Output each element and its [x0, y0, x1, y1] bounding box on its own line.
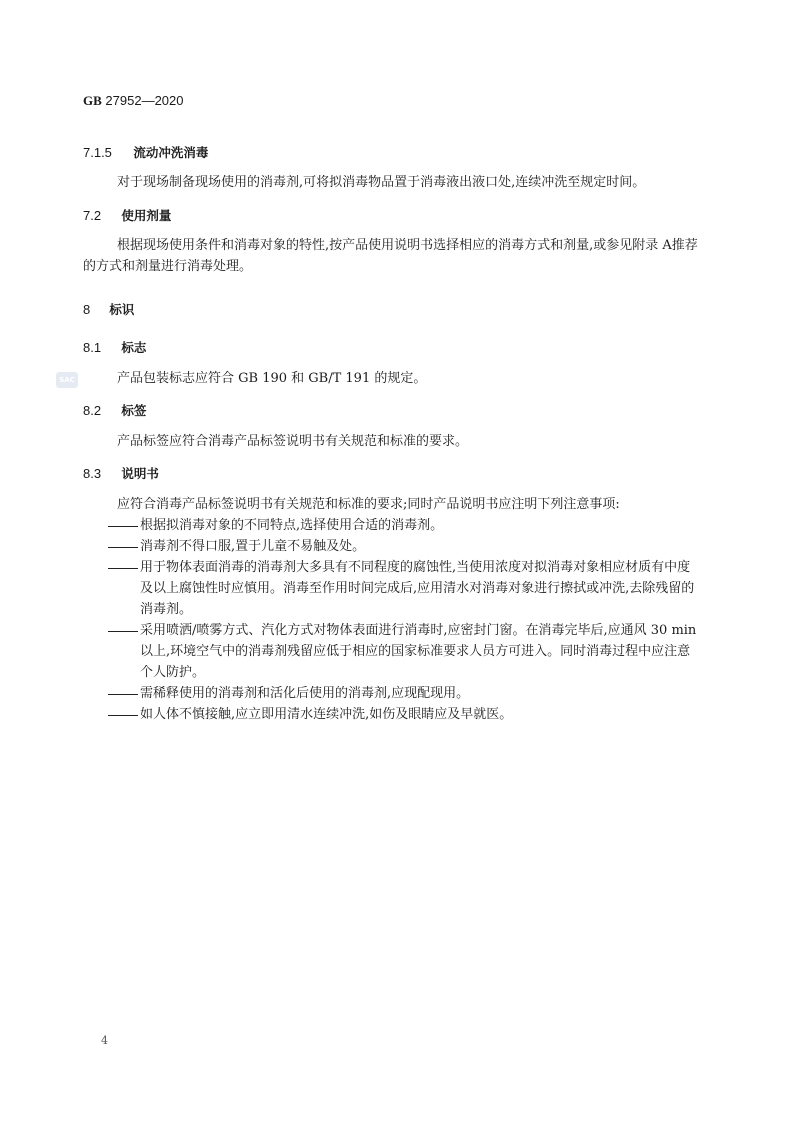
- paragraph-7-2: 根据现场使用条件和消毒对象的特性,按产品使用说明书选择相应的消毒方式和剂量,或参…: [83, 235, 703, 277]
- section-title: 标识: [109, 302, 134, 317]
- section-number: 7.2: [83, 208, 117, 223]
- standard-prefix: GB: [83, 93, 102, 108]
- section-title: 流动冲洗消毒: [133, 145, 208, 160]
- list-item: 采用喷洒/喷雾方式、汽化方式对物体表面进行消毒时,应密封门窗。在消毒完毕后,应通…: [106, 620, 700, 683]
- heading-7-2: 7.2 使用剂量: [83, 206, 171, 224]
- list-item: 需稀释使用的消毒剂和活化后使用的消毒剂,应现配现用。: [106, 683, 700, 704]
- section-title: 标签: [121, 403, 146, 418]
- paragraph-8-3-intro: 应符合消毒产品标签说明书有关规范和标准的要求;同时产品说明书应注明下列注意事项:: [83, 494, 703, 515]
- list-item: 如人体不慎接触,应立即用清水连续冲洗,如伤及眼睛应及早就医。: [106, 704, 700, 725]
- heading-8: 8 标识: [83, 300, 134, 318]
- page-number: 4: [101, 1034, 108, 1047]
- section-number: 8.3: [83, 466, 117, 481]
- sac-watermark-logo: SAC: [56, 372, 78, 388]
- list-item: 消毒剂不得口服,置于儿童不易触及处。: [106, 536, 700, 557]
- section-number: 7.1.5: [83, 145, 129, 160]
- section-number: 8: [83, 302, 105, 317]
- list-item: 根据拟消毒对象的不同特点,选择使用合适的消毒剂。: [106, 515, 700, 536]
- paragraph-7-1-5: 对于现场制备现场使用的消毒剂,可将拟消毒物品置于消毒液出液口处,连续冲洗至规定时…: [83, 172, 703, 193]
- heading-8-2: 8.2 标签: [83, 401, 146, 419]
- heading-7-1-5: 7.1.5 流动冲洗消毒: [83, 143, 208, 161]
- paragraph-8-2: 产品标签应符合消毒产品标签说明书有关规范和标准的要求。: [83, 431, 703, 452]
- section-number: 8.1: [83, 340, 117, 355]
- standard-number: 27952—2020: [105, 93, 183, 108]
- section-title: 标志: [121, 340, 146, 355]
- section-title: 使用剂量: [121, 208, 171, 223]
- list-item: 用于物体表面消毒的消毒剂大多具有不同程度的腐蚀性,当使用浓度对拟消毒对象相应材质…: [106, 557, 700, 620]
- section-number: 8.2: [83, 403, 117, 418]
- section-title: 说明书: [121, 466, 159, 481]
- heading-8-1: 8.1 标志: [83, 338, 146, 356]
- heading-8-3: 8.3 说明书: [83, 464, 159, 482]
- standard-header: GB 27952—2020: [83, 93, 184, 109]
- paragraph-8-1: 产品包装标志应符合 GB 190 和 GB/T 191 的规定。: [83, 368, 703, 389]
